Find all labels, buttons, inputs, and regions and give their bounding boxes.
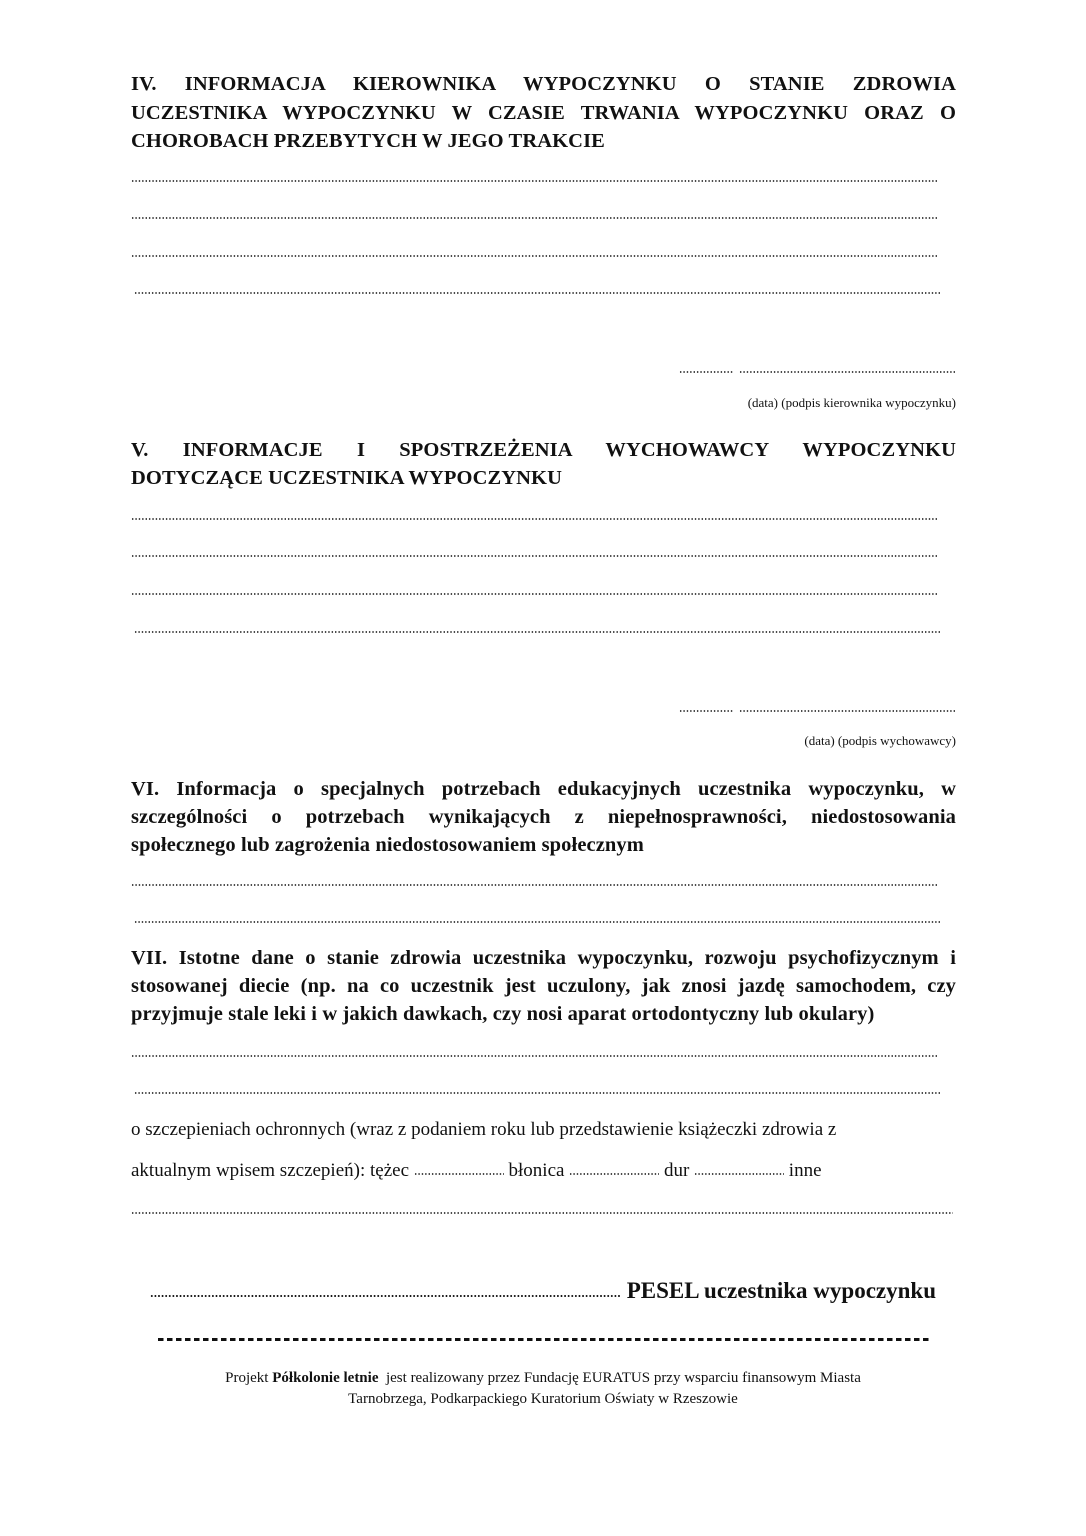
vaccine-field-diphtheria[interactable] xyxy=(569,1173,659,1175)
vaccine-other-field[interactable] xyxy=(131,1212,953,1214)
vaccine-field-typhoid[interactable] xyxy=(694,1173,784,1175)
section-v-signature-caption: (data) (podpis wychowawcy) xyxy=(804,733,956,749)
footer-project-name: Półkolonie letnie xyxy=(272,1370,378,1386)
vaccine-label-typhoid: dur xyxy=(664,1160,689,1181)
section-vii-heading-line1: VII. Istotne dane o stanie zdrowia uczes… xyxy=(131,944,956,974)
section-v-heading-line1: V. INFORMACJE I SPOSTRZEŻENIA WYCHOWAWCY… xyxy=(131,436,956,466)
section-iv-answer-line-3[interactable] xyxy=(131,255,937,257)
footer: Projekt Półkolonie letnie jest realizowa… xyxy=(130,1368,956,1410)
footer-suffix: jest realizowany przez Fundację EURATUS … xyxy=(378,1370,860,1386)
footer-line2: Tarnobrzega, Podkarpackiego Kuratorium O… xyxy=(130,1389,956,1410)
section-iv-answer-line-1[interactable] xyxy=(131,180,937,182)
section-vii-answer-line-2[interactable] xyxy=(134,1092,940,1094)
vaccination-prefix: aktualnym wpisem szczepień): xyxy=(131,1160,365,1181)
section-vi-heading-line1: VI. Informacja o specjalnych potrzebach … xyxy=(131,775,956,805)
section-vi-answer-line-1[interactable] xyxy=(131,884,937,886)
section-v-date-field[interactable] xyxy=(679,710,733,712)
section-iv-heading-line3: CHOROBACH PRZEBYTYCH W JEGO TRAKCIE xyxy=(131,127,956,157)
pesel-row: PESEL uczestnika wypoczynku xyxy=(150,1278,936,1304)
section-iv-signature-field[interactable] xyxy=(739,371,955,373)
section-vii-heading-line3: przyjmuje stale leki i w jakich dawkach,… xyxy=(131,1000,956,1030)
section-v-answer-line-3[interactable] xyxy=(131,593,937,595)
section-iv-heading-line1: IV. INFORMACJA KIEROWNIKA WYPOCZYNKU O S… xyxy=(131,70,956,100)
section-vii-answer-line-1[interactable] xyxy=(131,1055,937,1057)
section-vi-answer-line-2[interactable] xyxy=(134,921,940,923)
vaccination-fields-row: aktualnym wpisem szczepień): tężec błoni… xyxy=(131,1159,822,1183)
vaccine-label-other: inne xyxy=(789,1160,822,1181)
section-v-heading-line2: DOTYCZĄCE UCZESTNIKA WYPOCZYNKU xyxy=(131,464,956,494)
section-iv-answer-line-4[interactable] xyxy=(134,292,940,294)
section-v-signature-field[interactable] xyxy=(739,710,955,712)
section-vi-heading-line2: szczególności o potrzebach wynikających … xyxy=(131,803,956,833)
vaccine-label-diphtheria: błonica xyxy=(509,1160,565,1181)
section-v-answer-line-2[interactable] xyxy=(131,555,937,557)
section-iv-signature-caption: (data) (podpis kierownika wypoczynku) xyxy=(748,395,956,411)
vaccine-label-tetanus: tężec xyxy=(370,1160,409,1181)
vaccination-intro-line: o szczepieniach ochronnych (wraz z podan… xyxy=(131,1118,836,1142)
section-vi-heading-line3: społecznego lub zagrożenia niedostosowan… xyxy=(131,831,956,861)
footer-prefix: Projekt xyxy=(225,1370,272,1386)
footer-line1: Projekt Półkolonie letnie jest realizowa… xyxy=(130,1368,956,1389)
section-v-answer-line-1[interactable] xyxy=(131,518,937,520)
pesel-field[interactable] xyxy=(150,1295,621,1297)
dashed-separator xyxy=(158,1338,930,1341)
section-v-answer-line-4[interactable] xyxy=(134,631,940,633)
section-vii-heading-line2: stosowanej diecie (np. na co uczestnik j… xyxy=(131,972,956,1002)
section-iv-answer-line-2[interactable] xyxy=(131,217,937,219)
vaccine-field-tetanus[interactable] xyxy=(414,1173,504,1175)
section-iv-heading-line2: UCZESTNIKA WYPOCZYNKU W CZASIE TRWANIA W… xyxy=(131,99,956,129)
pesel-label: PESEL uczestnika wypoczynku xyxy=(627,1278,936,1304)
section-iv-date-field[interactable] xyxy=(679,371,733,373)
